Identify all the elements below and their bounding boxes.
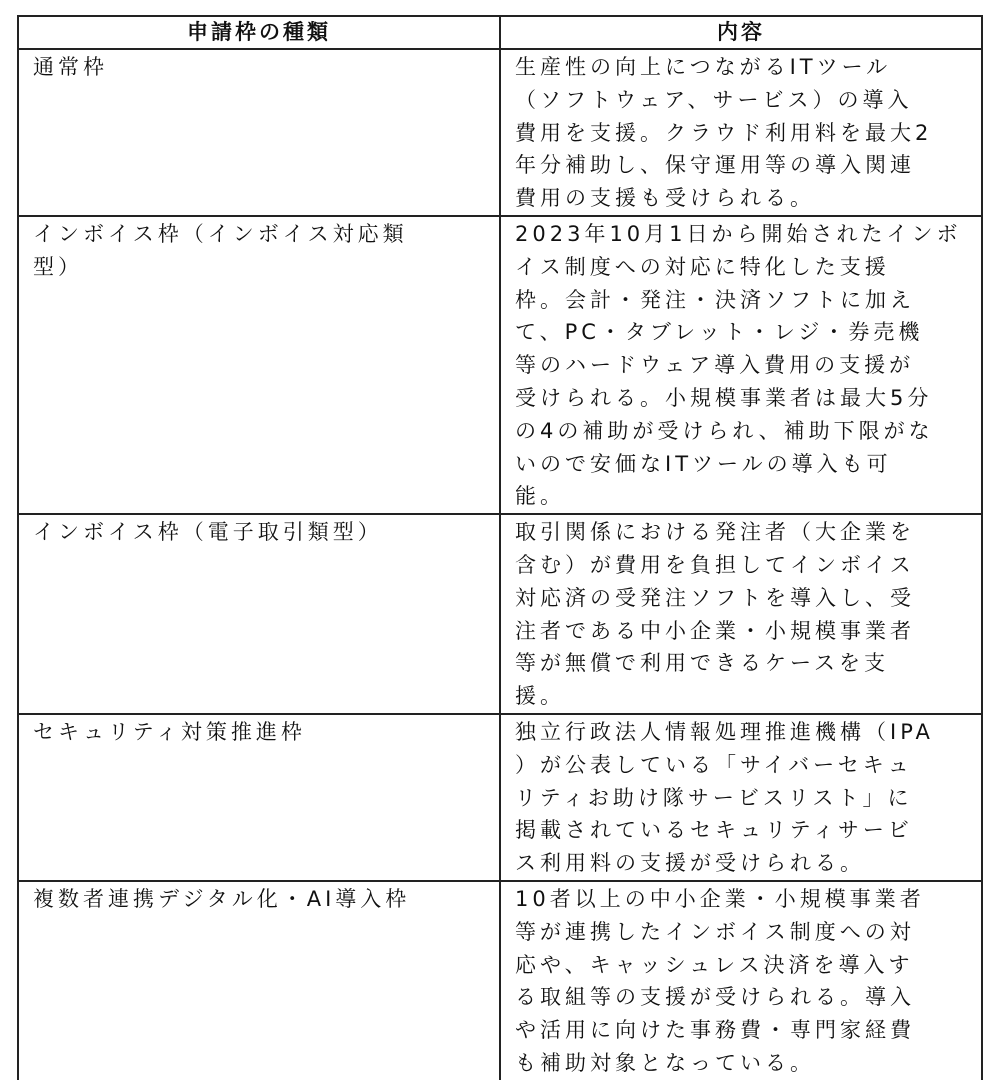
content-cell: 2023年10月1日から開始されたインボ イス制度への対応に特化した支援 枠。会…	[500, 216, 982, 514]
content-line: 枠。会計・発注・決済ソフトに加え	[515, 284, 981, 317]
frame-type-cell: 通常枠	[18, 49, 500, 216]
content-cell: 取引関係における発注者（大企業を 含む）が費用を負担してインボイス 対応済の受発…	[500, 514, 982, 714]
frame-type-text: セキュリティ対策推進枠	[33, 716, 499, 749]
content-line: る取組等の支援が受けられる。導入	[515, 981, 981, 1014]
content-line: 受けられる。小規模事業者は最大5分	[515, 382, 981, 415]
content-line: 生産性の向上につながるITツール	[515, 51, 981, 84]
frame-type-text: 通常枠	[33, 51, 499, 84]
content-line: リティお助け隊サービスリスト」に	[515, 782, 981, 815]
content-line: イス制度への対応に特化した支援	[515, 251, 981, 284]
table-header-row: 申請枠の種類 内容	[18, 16, 982, 49]
content-line: 等が無償で利用できるケースを支	[515, 647, 981, 680]
content-line: 費用を支援。クラウド利用料を最大2	[515, 117, 981, 150]
content-line: 対応済の受発注ソフトを導入し、受	[515, 582, 981, 615]
frame-type-cell: 複数者連携デジタル化・AI導入枠	[18, 881, 500, 1080]
content-line: 年分補助し、保守運用等の導入関連	[515, 149, 981, 182]
content-line: ス利用料の支援が受けられる。	[515, 847, 981, 880]
table-row: インボイス枠（電子取引類型） 取引関係における発注者（大企業を 含む）が費用を負…	[18, 514, 982, 714]
content-line: 費用の支援も受けられる。	[515, 182, 981, 215]
content-line: て、PC・タブレット・レジ・券売機	[515, 316, 981, 349]
frame-type-text: 型）	[33, 251, 499, 284]
frame-type-text: 複数者連携デジタル化・AI導入枠	[33, 883, 499, 916]
content-line: いので安価なITツールの導入も可	[515, 448, 981, 481]
frame-type-cell: インボイス枠（インボイス対応類 型）	[18, 216, 500, 514]
frame-type-text: インボイス枠（インボイス対応類	[33, 218, 499, 251]
content-line: 等のハードウェア導入費用の支援が	[515, 349, 981, 382]
content-line: 応や、キャッシュレス決済を導入す	[515, 949, 981, 982]
content-cell: 10者以上の中小企業・小規模事業者 等が連携したインボイス制度への対 応や、キャ…	[500, 881, 982, 1080]
table-row: インボイス枠（インボイス対応類 型） 2023年10月1日から開始されたインボ …	[18, 216, 982, 514]
content-line: 能。	[515, 480, 981, 513]
content-line: 注者である中小企業・小規模事業者	[515, 615, 981, 648]
header-frame-type: 申請枠の種類	[18, 16, 500, 49]
content-line: の4の補助が受けられ、補助下限がな	[515, 415, 981, 448]
content-line: や活用に向けた事務費・専門家経費	[515, 1014, 981, 1047]
table-row: 通常枠 生産性の向上につながるITツール （ソフトウェア、サービス）の導入 費用…	[18, 49, 982, 216]
content-line: 含む）が費用を負担してインボイス	[515, 549, 981, 582]
content-line: も補助対象となっている。	[515, 1047, 981, 1080]
content-line: 援。	[515, 680, 981, 713]
content-line: 独立行政法人情報処理推進機構（IPA	[515, 716, 981, 749]
content-cell: 独立行政法人情報処理推進機構（IPA ）が公表している「サイバーセキュ リティお…	[500, 714, 982, 881]
frame-type-cell: インボイス枠（電子取引類型）	[18, 514, 500, 714]
content-line: 等が連携したインボイス制度への対	[515, 916, 981, 949]
content-line: 10者以上の中小企業・小規模事業者	[515, 883, 981, 916]
content-line: （ソフトウェア、サービス）の導入	[515, 84, 981, 117]
table-row: 複数者連携デジタル化・AI導入枠 10者以上の中小企業・小規模事業者 等が連携し…	[18, 881, 982, 1080]
header-content: 内容	[500, 16, 982, 49]
content-line: ）が公表している「サイバーセキュ	[515, 749, 981, 782]
content-line: 取引関係における発注者（大企業を	[515, 516, 981, 549]
frame-type-cell: セキュリティ対策推進枠	[18, 714, 500, 881]
subsidy-frame-table: 申請枠の種類 内容 通常枠 生産性の向上につながるITツール （ソフトウェア、サ…	[17, 15, 983, 1080]
content-line: 2023年10月1日から開始されたインボ	[515, 218, 981, 251]
content-cell: 生産性の向上につながるITツール （ソフトウェア、サービス）の導入 費用を支援。…	[500, 49, 982, 216]
table-row: セキュリティ対策推進枠 独立行政法人情報処理推進機構（IPA ）が公表している「…	[18, 714, 982, 881]
content-line: 掲載されているセキュリティサービ	[515, 814, 981, 847]
frame-type-text: インボイス枠（電子取引類型）	[33, 516, 499, 549]
